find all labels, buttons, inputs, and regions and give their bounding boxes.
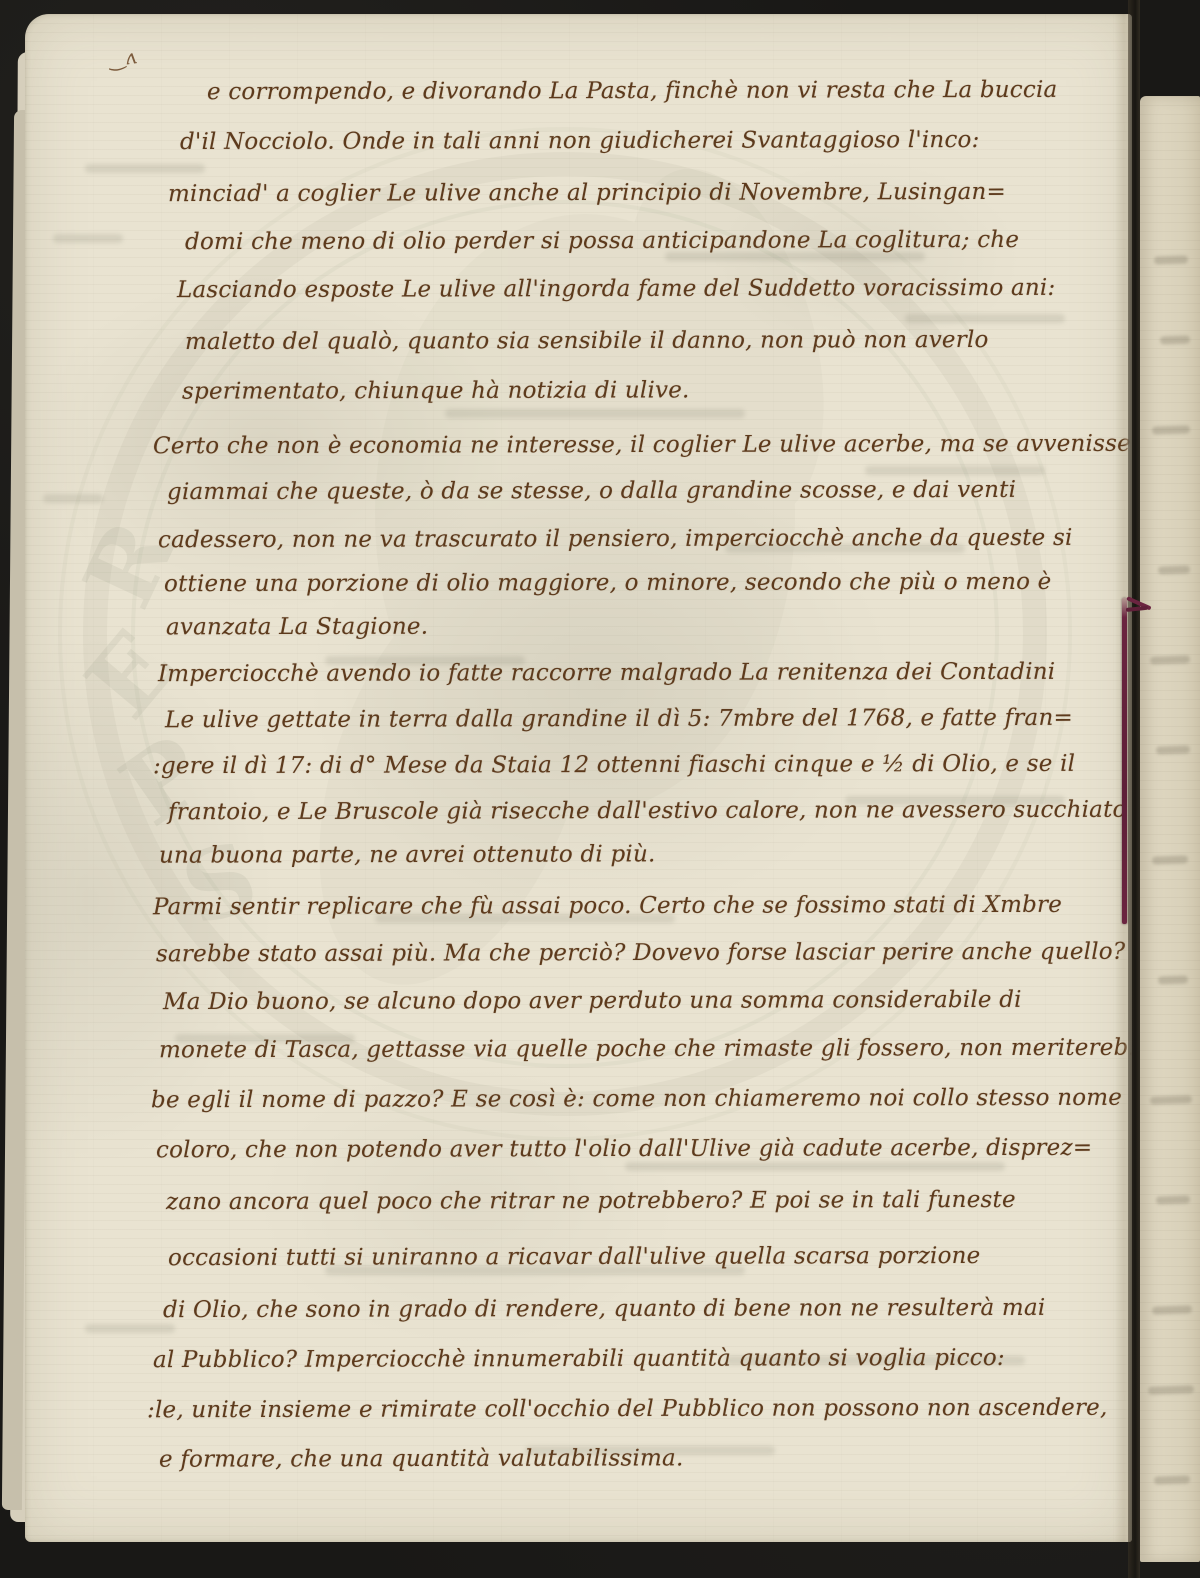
photograph-background: R E P S [0, 0, 1200, 1578]
text-line: Imperciocchè avendo io fatte raccorre ma… [158, 659, 1055, 687]
text-line: Lasciando esposte Le ulive all'ingorda f… [177, 275, 1056, 303]
text-line: :le, unite insieme e rimirate coll'occhi… [147, 1395, 1108, 1424]
text-line: maletto del qualò, quanto sia sensibile … [185, 327, 989, 355]
text-line: occasioni tutti si uniranno a ricavar da… [168, 1243, 981, 1271]
text-line: zano ancora quel poco che ritrar ne potr… [166, 1187, 1016, 1215]
text-line: ottiene una porzione di olio maggiore, o… [164, 569, 1052, 597]
text-line: Certo che non è economia ne interesse, i… [153, 431, 1131, 460]
text-line: al Pubblico? Imperciocchè innumerabili q… [153, 1345, 1005, 1373]
text-line: frantoio, e Le Bruscole già risecche dal… [168, 797, 1127, 826]
text-line: cadessero, non ne va trascurato il pensi… [158, 525, 1073, 553]
text-line: sperimentato, chiunque hà notizia di uli… [182, 377, 690, 404]
text-line: sarebbe stato assai più. Ma che perciò? … [156, 939, 1125, 968]
text-line: coloro, che non potendo aver tutto l'oli… [156, 1135, 1092, 1163]
facing-page-edge [1140, 96, 1200, 1562]
text-line: monete di Tasca, gettasse via quelle poc… [159, 1035, 1132, 1064]
text-line: domi che meno di olio perder si possa an… [185, 227, 1019, 255]
text-line: una buona parte, ne avrei ottenuto di pi… [159, 841, 656, 868]
text-line: e formare, che una quantità valutabiliss… [159, 1445, 684, 1472]
text-line: Ma Dio buono, se alcuno dopo aver perdut… [163, 987, 1022, 1015]
text-line: e corrompendo, e divorando La Pasta, fin… [207, 77, 1057, 105]
text-line: minciad' a coglier Le ulive anche al pri… [168, 179, 1006, 207]
bookmark-ribbon [1122, 598, 1127, 924]
binding-crease [1128, 0, 1140, 1578]
text-line: :gere il dì 17: di d° Mese da Staia 12 o… [153, 751, 1075, 779]
text-line: d'il Nocciolo. Onde in tali anni non giu… [180, 127, 980, 155]
text-line: be egli il nome di pazzo? E se così è: c… [151, 1085, 1122, 1114]
text-line: avanzata La Stagione. [166, 614, 428, 641]
text-line: giammai che queste, ò da se stesse, o da… [167, 477, 1016, 505]
text-line: di Olio, che sono in grado di rendere, q… [163, 1295, 1045, 1323]
manuscript-page: R E P S [25, 14, 1132, 1542]
corner-ink-mark: ‿ʌ [107, 44, 137, 72]
text-line: Parmi sentir replicare che fù assai poco… [153, 892, 1062, 920]
text-line: Le ulive gettate in terra dalla grandine… [165, 705, 1073, 733]
